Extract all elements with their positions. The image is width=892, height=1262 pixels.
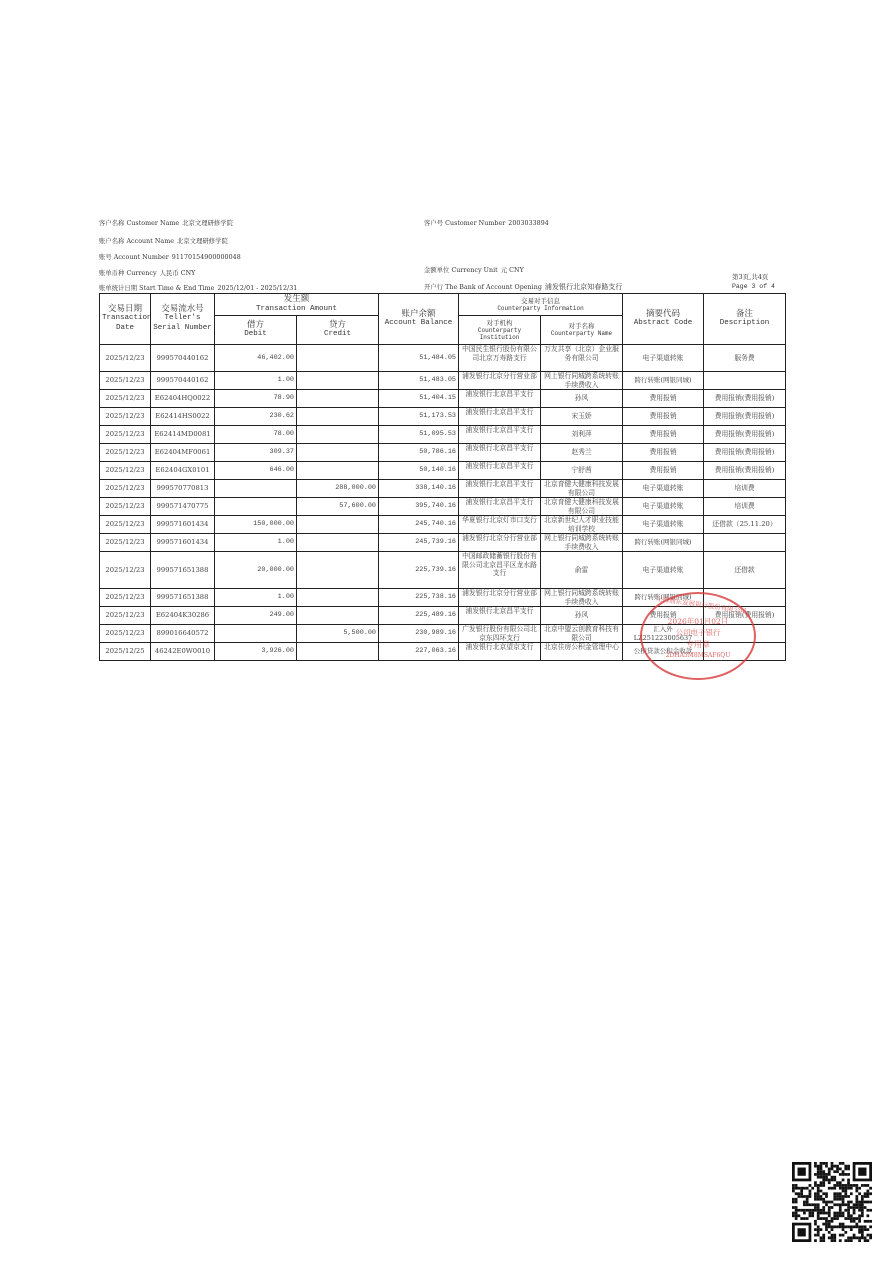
opening-bank: 浦发银行北京知春路支行 [545,283,623,291]
description-cell: 服务费 [704,345,786,372]
col-cp-name: 对手名称Counterparty Name [541,316,623,345]
qr-code-icon [792,1162,872,1242]
debit-cell: 78.90 [215,390,297,408]
date-cell: 2025/12/23 [100,426,151,444]
abstract-code-cell: 电子渠道转账 [623,480,704,498]
counterparty-name-cell: 刘利萍 [541,426,623,444]
counterparty-name-cell: 网上银行同城跨系统转账手续费收入 [541,372,623,390]
counterparty-name-cell: 赵秀兰 [541,444,623,462]
debit-cell: 309.37 [215,444,297,462]
description-cell [704,589,786,607]
balance-cell: 225,739.16 [379,552,459,589]
date-cell: 2025/12/23 [100,345,151,372]
customer-name-label: 客户名称 Customer Name [99,220,179,227]
account-number-label: 账号 Account Number [99,254,169,261]
serial-cell: E62414HS0022 [151,408,215,426]
balance-cell: 51,483.05 [379,372,459,390]
description-cell: 费用报销(费用报销) [704,426,786,444]
credit-cell: 57,600.00 [297,498,379,516]
page-cn: 第3页,共4页 [732,272,775,282]
serial-cell: 999570770813 [151,480,215,498]
balance-cell: 245,740.16 [379,516,459,534]
credit-cell [297,534,379,552]
description-cell [704,625,786,643]
customer-name-line: 客户名称 Customer Name北京文理研修学院 [99,218,236,227]
col-counterparty: 交易对手信息Counterparty Information [459,294,623,316]
serial-cell: 999571651388 [151,552,215,589]
description-cell: 培训费 [704,498,786,516]
col-debit: 借方Debit [215,316,297,345]
abstract-code-cell: 公积贷款公积金收款 [623,643,704,661]
table-row: 2025/12/2399957165138820,000.00225,739.1… [100,552,786,589]
counterparty-name-cell: 孙风 [541,390,623,408]
abstract-code-cell: 电子渠道转账 [623,498,704,516]
description-cell: 费用报销(费用报销) [704,408,786,426]
currency-line: 账单币种 Currency人民币 CNY [99,268,198,277]
table-row: 2025/12/2399957044016246,402.0051,484.05… [100,345,786,372]
serial-cell: 999571601434 [151,516,215,534]
credit-cell: 5,500.00 [297,625,379,643]
counterparty-name-cell: 北京育健大健康科技发展有限公司 [541,498,623,516]
account-number: 91170154900000048 [172,254,241,261]
counterparty-name-cell: 北京新世纪人才职业技能培训学校 [541,516,623,534]
description-cell: 费用报销(费用报销) [704,462,786,480]
balance-cell: 51,173.53 [379,408,459,426]
counterparty-institution-cell: 浦发银行北京昌平支行 [459,480,541,498]
credit-cell [297,426,379,444]
credit-cell [297,643,379,661]
currency: 人民币 CNY [160,270,196,277]
serial-cell: E62404K30286 [151,607,215,625]
credit-cell [297,444,379,462]
counterparty-institution-cell: 浦发银行北京昌平支行 [459,426,541,444]
table-row: 2025/12/23E62414HS0022230.6251,173.53浦发银… [100,408,786,426]
abstract-code-cell: 费用报销 [623,607,704,625]
serial-cell: E62404HQ0022 [151,390,215,408]
counterparty-name-cell: 宋玉娇 [541,408,623,426]
counterparty-institution-cell: 浦发银行北京分行营业部 [459,589,541,607]
account-name-label: 账户名称 Account Name [99,238,174,245]
date-cell: 2025/12/23 [100,534,151,552]
balance-cell: 225,489.16 [379,607,459,625]
customer-number: 2003033894 [508,220,549,227]
counterparty-institution-cell: 浦发银行北京分行营业部 [459,372,541,390]
account-name: 北京文理研修学院 [177,238,228,245]
credit-cell [297,607,379,625]
date-cell: 2025/12/23 [100,625,151,643]
date-cell: 2025/12/23 [100,408,151,426]
date-cell: 2025/12/23 [100,589,151,607]
credit-cell: 288,000.00 [297,480,379,498]
counterparty-name-cell: 北京育健大健康科技发展有限公司 [541,480,623,498]
period: 2025/12/01 - 2025/12/31 [217,285,297,292]
table-row: 2025/12/23E62404GX0101646.0050,140.16浦发银… [100,462,786,480]
counterparty-institution-cell: 浦发银行北京昌平支行 [459,462,541,480]
description-cell: 还借款（25.11.20） [704,516,786,534]
table-row: 2025/12/238990166405725,500.00230,989.16… [100,625,786,643]
counterparty-name-cell: 北京中盟云创教育科技有限公司 [541,625,623,643]
account-number-line: 账号 Account Number91170154900000048 [99,252,244,261]
counterparty-name-cell: 网上银行同城跨系统转账手续费收入 [541,589,623,607]
counterparty-institution-cell: 中国邮政储蓄银行股份有限公司北京昌平区龙水路支行 [459,552,541,589]
credit-cell [297,408,379,426]
description-cell: 费用报销(费用报销) [704,607,786,625]
date-cell: 2025/12/23 [100,607,151,625]
balance-cell: 51,484.05 [379,345,459,372]
table-row: 2025/12/239995704401621.0051,483.05浦发银行北… [100,372,786,390]
col-cp-institution: 对手机构Counterparty Institution [459,316,541,345]
debit-cell: 1.00 [215,372,297,390]
serial-cell: 999571651388 [151,589,215,607]
counterparty-name-cell: 万友共享（北京）企业服务有限公司 [541,345,623,372]
counterparty-name-cell: 北京住房公积金管理中心 [541,643,623,661]
currency-label: 账单币种 Currency [99,270,157,277]
counterparty-institution-cell: 华夏银行北京灯市口支行 [459,516,541,534]
col-abstract: 摘要代码Abstract Code [623,294,704,345]
currency-unit-line: 金额单位 Currency Unit元 CNY [424,265,527,274]
credit-cell [297,390,379,408]
serial-cell: E62414MD0081 [151,426,215,444]
period-line: 账单统计日期 Start Time & End Time2025/12/01 -… [99,283,300,292]
credit-cell [297,345,379,372]
serial-cell: 999570440162 [151,345,215,372]
col-serial: 交易流水号Teller's Serial Number [151,294,215,345]
date-cell: 2025/12/23 [100,498,151,516]
counterparty-name-cell: 网上银行同城跨系统转账手续费收入 [541,534,623,552]
balance-cell: 338,140.16 [379,480,459,498]
credit-cell [297,552,379,589]
debit-cell: 46,402.00 [215,345,297,372]
description-cell [704,534,786,552]
counterparty-institution-cell: 浦发银行北京昌平支行 [459,390,541,408]
serial-cell: E62404GX0101 [151,462,215,480]
debit-cell: 78.00 [215,426,297,444]
abstract-code-cell: 电子渠道转账 [623,552,704,589]
abstract-code-cell: 费用报销 [623,426,704,444]
description-cell [704,372,786,390]
abstract-code-cell: 跨行转账(网银同城) [623,372,704,390]
date-cell: 2025/12/25 [100,643,151,661]
debit-cell [215,625,297,643]
date-cell: 2025/12/23 [100,372,151,390]
balance-cell: 395,740.16 [379,498,459,516]
date-cell: 2025/12/23 [100,390,151,408]
abstract-code-cell: 电子渠道转账 [623,345,704,372]
balance-cell: 51,404.15 [379,390,459,408]
credit-cell [297,462,379,480]
customer-name: 北京文理研修学院 [182,220,233,227]
balance-cell: 50,786.16 [379,444,459,462]
table-row: 2025/12/23E62414MD008178.0051,095.53浦发银行… [100,426,786,444]
table-row: 2025/12/239995716014341.00245,739.16浦发银行… [100,534,786,552]
abstract-code-cell: 跨行转账(网银同城) [623,589,704,607]
credit-cell [297,372,379,390]
balance-cell: 225,738.16 [379,589,459,607]
table-row: 2025/12/23999571601434150,000.00245,740.… [100,516,786,534]
counterparty-institution-cell: 浦发银行北京昌平支行 [459,444,541,462]
debit-cell: 3,926.00 [215,643,297,661]
balance-cell: 51,095.53 [379,426,459,444]
currency-unit: 元 CNY [501,267,524,274]
table-row: 2025/12/2399957147077557,600.00395,740.1… [100,498,786,516]
currency-unit-label: 金额单位 Currency Unit [424,267,498,274]
abstract-code-cell: 汇入外 LZ251223005637 [623,625,704,643]
transaction-table: 交易日期Transaction Date 交易流水号Teller's Seria… [99,293,786,661]
table-row: 2025/12/23999570770813288,000.00338,140.… [100,480,786,498]
col-credit: 贷方Credit [297,316,379,345]
period-label: 账单统计日期 Start Time & End Time [99,285,214,292]
counterparty-institution-cell: 浦发银行北京昌平支行 [459,498,541,516]
col-description: 备注Description [704,294,786,345]
serial-cell: 46242E0W0010 [151,643,215,661]
date-cell: 2025/12/23 [100,480,151,498]
abstract-code-cell: 费用报销 [623,462,704,480]
table-row: 2025/12/239995716513881.00225,738.16浦发银行… [100,589,786,607]
debit-cell: 20,000.00 [215,552,297,589]
col-date: 交易日期Transaction Date [100,294,151,345]
balance-cell: 245,739.16 [379,534,459,552]
account-name-line: 账户名称 Account Name北京文理研修学院 [99,236,231,245]
abstract-code-cell: 跨行转账(网银同城) [623,534,704,552]
opening-bank-line: 开户行 The Bank of Account Opening浦发银行北京知春路… [424,282,625,292]
date-cell: 2025/12/23 [100,462,151,480]
credit-cell [297,516,379,534]
serial-cell: 999570440162 [151,372,215,390]
abstract-code-cell: 电子渠道转账 [623,516,704,534]
date-cell: 2025/12/23 [100,516,151,534]
table-row: 2025/12/23E62404MF0061309.3750,786.16浦发银… [100,444,786,462]
description-cell: 费用报销(费用报销) [704,390,786,408]
description-cell: 培训费 [704,480,786,498]
serial-cell: E62404MF0061 [151,444,215,462]
page-indicator: 第3页,共4页 Page 3 of 4 [732,272,775,292]
counterparty-name-cell: 宁舒茜 [541,462,623,480]
counterparty-institution-cell: 浦发银行北京昌平支行 [459,408,541,426]
credit-cell [297,589,379,607]
debit-cell: 230.62 [215,408,297,426]
date-cell: 2025/12/23 [100,444,151,462]
debit-cell [215,480,297,498]
table-row: 2025/12/2546242E0W00103,926.00227,063.16… [100,643,786,661]
table-row: 2025/12/23E62404K30286249.00225,489.16浦发… [100,607,786,625]
abstract-code-cell: 费用报销 [623,390,704,408]
abstract-code-cell: 费用报销 [623,444,704,462]
debit-cell: 1.00 [215,589,297,607]
counterparty-institution-cell: 中国民生银行股份有限公司北京万寿路支行 [459,345,541,372]
counterparty-institution-cell: 浦发银行北京分行营业部 [459,534,541,552]
serial-cell: 999571601434 [151,534,215,552]
opening-bank-label: 开户行 The Bank of Account Opening [424,284,542,291]
balance-cell: 227,063.16 [379,643,459,661]
col-amount: 发生额Transaction Amount [215,294,379,316]
debit-cell [215,498,297,516]
counterparty-name-cell: 孙风 [541,607,623,625]
debit-cell: 150,000.00 [215,516,297,534]
debit-cell: 1.00 [215,534,297,552]
page-en: Page 3 of 4 [732,282,775,292]
description-cell [704,643,786,661]
col-balance: 账户余额Account Balance [379,294,459,345]
counterparty-institution-cell: 浦发银行北京昌平支行 [459,607,541,625]
counterparty-institution-cell: 浦发银行北京望京支行 [459,643,541,661]
serial-cell: 899016640572 [151,625,215,643]
counterparty-name-cell: 俞雷 [541,552,623,589]
balance-cell: 50,140.16 [379,462,459,480]
description-cell: 还借款 [704,552,786,589]
customer-number-line: 客户号 Customer Number2003033894 [424,218,552,227]
counterparty-institution-cell: 广发银行股份有限公司北京东四环支行 [459,625,541,643]
debit-cell: 646.00 [215,462,297,480]
customer-number-label: 客户号 Customer Number [424,220,505,227]
serial-cell: 999571470775 [151,498,215,516]
debit-cell: 249.00 [215,607,297,625]
abstract-code-cell: 费用报销 [623,408,704,426]
description-cell: 费用报销(费用报销) [704,444,786,462]
date-cell: 2025/12/23 [100,552,151,589]
balance-cell: 230,989.16 [379,625,459,643]
table-row: 2025/12/23E62404HQ002278.9051,404.15浦发银行… [100,390,786,408]
